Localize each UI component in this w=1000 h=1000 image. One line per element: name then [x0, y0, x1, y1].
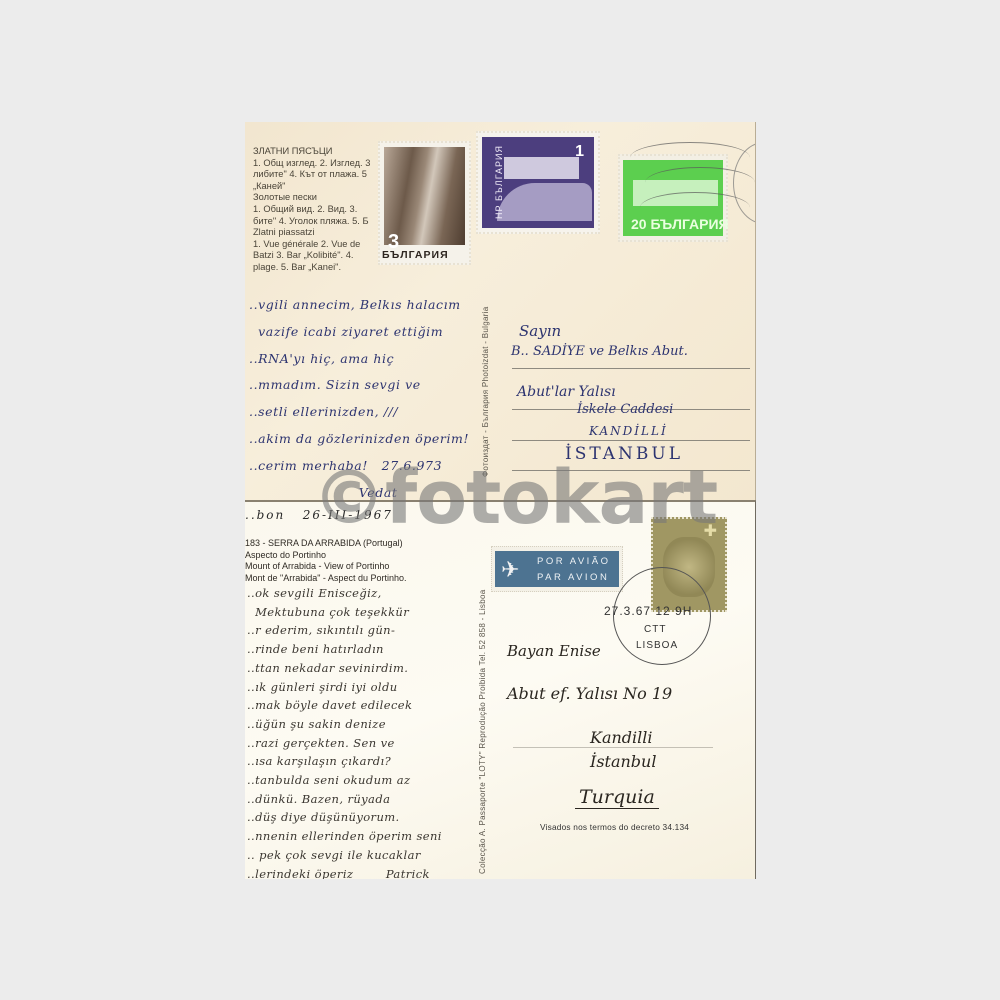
- purple-building-stamp: НР БЪЛГАРИЯ 1: [476, 131, 600, 234]
- airmail-text-pt: POR AVIÃO: [537, 556, 611, 567]
- postmark: 27.3.67 12 9H CTT LISBOA: [613, 567, 711, 665]
- address-rule: [512, 368, 750, 369]
- address-line-2: B.. SADİYE ve Belkıs Abut.: [511, 344, 688, 359]
- address-rule: [512, 440, 750, 441]
- stamp-value: 1: [575, 143, 584, 161]
- cancellation-wave-icon: [640, 192, 750, 223]
- postmark-date: 27.3.67 12 9H: [604, 604, 692, 618]
- address-line-5: KANDİLLİ: [589, 424, 668, 438]
- postcard-caption: ЗЛАТНИ ПЯСЪЦИ 1. Общ изглед. 2. Изглед. …: [253, 146, 370, 274]
- handwritten-message: ..ok sevgili Enisceğiz, Mektubuna çok te…: [247, 584, 442, 879]
- postcard-caption: 183 - SERRA DA ARRABIDA (Portugal) Aspec…: [245, 538, 406, 584]
- watermark: ©fotokart: [312, 455, 717, 541]
- decree-text: Visados nos termos do decreto 34.134: [540, 822, 689, 832]
- address-line-4: İskele Caddesi: [577, 402, 673, 417]
- publisher-text: Colecção A. Passaporte "LOTY" Reprodução…: [477, 574, 488, 874]
- address-line-2: Abut ef. Yalısı No 19: [507, 684, 672, 703]
- airmail-label: ✈ POR AVIÃO PAR AVION: [491, 546, 623, 592]
- address-line-4: İstanbul: [590, 752, 656, 771]
- address-line-3: Abut'lar Yalısı: [517, 384, 616, 400]
- address-rule: [513, 747, 713, 748]
- stamp-country: НР БЪЛГАРИЯ: [494, 145, 504, 219]
- airmail-text-fr: PAR AVION: [537, 572, 609, 583]
- publisher-text: Фотоиздат - България Photoizdat - Bulgar…: [481, 306, 490, 477]
- portuguese-postcard: ..bon 26-III-1967 183 - SERRA DA ARRABID…: [245, 500, 756, 879]
- postmark-office: CTT: [644, 624, 666, 635]
- stamp-country: БЪЛГАРИЯ: [382, 249, 449, 261]
- postmark-city: LISBOA: [636, 640, 678, 651]
- building-image-icon: НР БЪЛГАРИЯ 1: [482, 137, 594, 228]
- bulgarian-postcard: ЗЛАТНИ ПЯСЪЦИ 1. Общ изглед. 2. Изглед. …: [245, 122, 756, 502]
- mountain-stamp: 3 БЪЛГАРИЯ: [378, 141, 471, 265]
- address-line-1: Sayın: [519, 322, 561, 340]
- address-line-1: Bayan Enise: [507, 642, 601, 660]
- airplane-icon: ✈: [501, 559, 519, 581]
- address-line-5: Turquia: [575, 786, 659, 809]
- address-line-3: Kandilli: [590, 728, 653, 747]
